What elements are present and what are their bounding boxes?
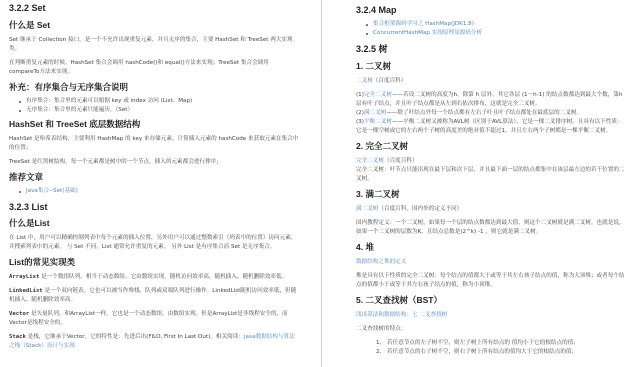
java-set-basics-link[interactable]: Java集合--Set(基础) [26,188,78,194]
set-heading: 3.2.2 Set [9,3,299,14]
heap-definition-link[interactable]: 数据结构之堆的定义 [356,259,406,265]
what-is-set-heading: 什么是 Set [9,20,299,31]
complete-binary-tree-description: 完全二叉树：叶节点只能出现在最下层和次下层，并且最下面一层的结点都集中在该层最左… [356,166,628,184]
linkedlist-name: LinkedList [9,288,43,294]
bst-ref: 浅谈算法和数据结构：七 二叉查找树 [356,311,628,320]
complete-binary-tree-ref: 完全二叉树（百度百科） [356,157,628,166]
what-is-list-heading: 什么是List [9,218,299,229]
binary-tree-ref: 二叉树（百度百科） [356,77,628,86]
heap-description: 堆是具有以下性质的完全二叉树：每个结点的值都大于或等于其左右孩子结点的值，称为大… [356,272,628,290]
map-heading: 3.2.4 Map [356,5,628,16]
treeset-description: TreeSet 是红黑树结构，每一个元素都是树中的一个节点，插入的元素都会进行排… [9,158,299,167]
full-binary-tree-link[interactable]: 满二叉树 [364,110,386,116]
bst-features-list: 1、 若任意节点的左子树不空，则左子树上所有结点的 值均小于它的根结点的值； 2… [356,339,628,357]
list-item: 有序集合：集合里的元素可以根据 key 或 index 访问 (List、Map… [19,97,299,106]
right-page: 3.2.4 Map 集合框架源码学习之 HashMap(JDK1.8) Conc… [322,0,640,367]
tree-heading: 3.2.5 树 [356,44,628,55]
complete-bt-baike-link[interactable]: 完全二叉树 [356,158,384,164]
recommend-heading: 推荐文章 [9,172,299,183]
list-item: 无序集合：集合里的元素只能遍历。（Set） [19,106,299,115]
complete-binary-tree-link[interactable]: 完全二叉树 [364,92,392,98]
bst-heading: 5. 二叉查找树（BST） [356,295,628,306]
stack-description: Stack 是栈，它继承于Vector。它的特性是：先进后出(FILO, Fir… [9,333,299,351]
stack-name: Stack [9,334,26,340]
list-heading: 3.2.3 List [9,202,299,213]
hashset-treeset-heading: HashSet 和 TreeSet 底层数据结构 [9,119,299,130]
left-page: 3.2.2 Set 什么是 Set Set 继承于 Collection 接口，… [0,0,321,367]
arraylist-description: ArrayList 是一个数组队列，相当于动态数组。它由数组实现，随机访问效率高… [9,273,299,282]
binary-tree-types: (1)完全二叉树——若设二叉树的高度为h，除第 h 层外，其它各层 (1～h-1… [356,91,628,136]
heap-ref: 数据结构之堆的定义 [356,258,628,267]
map-links-list: 集合框架源码学习之 HashMap(JDK1.8) ConcurrentHash… [356,20,628,38]
bst-article-link[interactable]: 浅谈算法和数据结构：七 二叉查找树 [356,312,447,318]
full-binary-tree-ref: 满二叉树（百度百科，国内外的定义不同） [356,205,628,214]
heap-heading: 4. 堆 [356,242,628,253]
binary-tree-link[interactable]: 二叉树 [356,78,373,84]
list-impl-heading: List的常见实现类 [9,257,299,268]
hashmap-source-link[interactable]: 集合框架源码学习之 HashMap(JDK1.8) [373,21,474,27]
balanced-binary-tree-link[interactable]: 平衡二叉树 [364,119,392,125]
complete-binary-tree-heading: 2. 完全二叉树 [356,141,628,152]
supplement-list: 有序集合：集合里的元素可以根据 key 或 index 访问 (List、Map… [9,97,299,115]
list-description: 在 List 中，用户可以精确控制列表中每个元素的插入位置，另外用户可以通过整数… [9,234,299,252]
bst-features-label: 二叉查找树的特点： [356,325,628,334]
list-item: 2、 若任意节点的右子树不空，则右子树上所有结点的值均大于它的根结点的值； [376,348,628,357]
full-binary-tree-heading: 3. 满二叉树 [356,189,628,200]
linkedlist-description: LinkedList 是一个双向链表。它也可以被当作堆栈、队列或双端队列进行操作… [9,287,299,305]
recommend-list: Java集合--Set(基础) [9,187,299,196]
binary-tree-heading: 1. 二叉树 [356,61,628,72]
full-binary-tree-description: 国内教程定义：一个二叉树，如果每一个层的结点数都达到最大值，则这个二叉树就是满二… [356,219,628,237]
vector-name: Vector [9,311,29,317]
hashset-description: HashSet 是哈希表结构，主要利用 HashMap 的 key 来存储元素，… [9,135,299,153]
concurrenthashmap-link[interactable]: ConcurrentHashMap 实现原理及源码分析 [373,30,482,36]
set-duplicate-description: 在判断重复元素的时候，HashSet 集合会调用 hashCode()和 equ… [9,59,299,77]
set-description: Set 继承于 Collection 接口，是一个不允许出现重复元素，并且无序的… [9,36,299,54]
vector-description: Vector 是矢量队列，和ArrayList一样，它也是一个动态数组，由数组实… [9,310,299,328]
supplement-heading: 补充：有序集合与无序集合说明 [9,82,299,93]
full-bt-baike-link[interactable]: 满二叉树 [356,206,378,212]
list-item: 1、 若任意节点的左子树不空，则左子树上所有结点的 值均小于它的根结点的值； [376,339,628,348]
arraylist-name: ArrayList [9,274,39,280]
